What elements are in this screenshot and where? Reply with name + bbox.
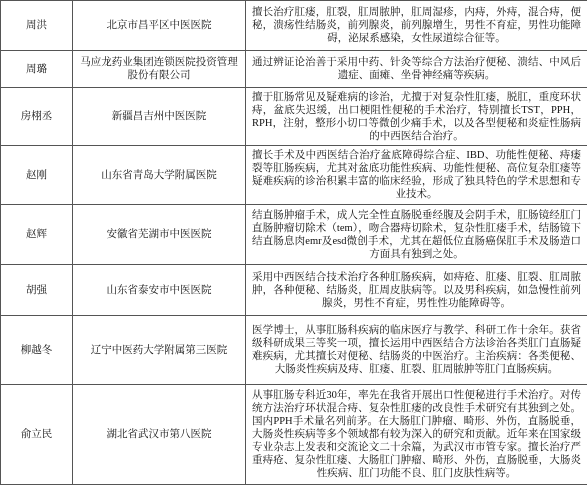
expert-description: 擅长手术及中西医结合治疗盆底障碍综合症、IBD、功能性便秘、痔瘘裂等肛肠疾病，尤… — [246, 146, 587, 205]
hospital-name: 安徽省芜湖市中医医院 — [73, 205, 246, 265]
expert-name: 胡强 — [1, 265, 73, 316]
table-row: 赵刚 山东省青岛大学附属医院 擅长手术及中西医结合治疗盆底障碍综合症、IBD、功… — [1, 146, 587, 205]
expert-description: 结直肠肿瘤手术，成人完全性直肠脱垂经腹及会阴手术，肛肠镜经肛门直肠肿瘤切除术（t… — [246, 205, 587, 265]
hospital-name: 北京市昌平区中医医院 — [73, 1, 246, 51]
expert-name: 柳越冬 — [1, 316, 73, 385]
expert-name: 周洪 — [1, 1, 73, 51]
table-row: 周璐 马应龙药业集团连锁医院投资管理股份有限公司 通过辨证论治善于采用中药、针灸… — [1, 51, 587, 88]
expert-name: 房栩丞 — [1, 88, 73, 146]
expert-description: 擅于肛肠常见及疑难病的诊治，尤擅于对复杂性肛瘘，脱肛，重度环状痔，盆底失迟缓，出… — [246, 88, 587, 146]
expert-name: 赵辉 — [1, 205, 73, 265]
hospital-name: 山东省泰安市中医医院 — [73, 265, 246, 316]
hospital-name: 新疆昌吉州中医医院 — [73, 88, 246, 146]
hospital-name: 湖北省武汉市第八医院 — [73, 385, 246, 485]
expert-description: 通过辨证论治善于采用中药、针灸等综合方法治疗便秘、溃结、中风后遗症、面瘫、坐骨神… — [246, 51, 587, 88]
table-row: 周洪 北京市昌平区中医医院 擅长治疗肛瘘，肛裂，肛周脓肿，肛周湿疹，内痔，外痔，… — [1, 1, 587, 51]
expert-description: 采用中西医结合技术治疗各种肛肠疾病，如痔疮、肛瘘、肛裂、肛周脓肿，各种便秘、结肠… — [246, 265, 587, 316]
hospital-name: 辽宁中医药大学附属第三医院 — [73, 316, 246, 385]
hospital-name: 马应龙药业集团连锁医院投资管理股份有限公司 — [73, 51, 246, 88]
expert-description: 擅长治疗肛瘘，肛裂，肛周脓肿，肛周湿疹，内痔，外痔，混合痔，便秘，溃疡性结肠炎，… — [246, 1, 587, 51]
experts-table: 周洪 北京市昌平区中医医院 擅长治疗肛瘘，肛裂，肛周脓肿，肛周湿疹，内痔，外痔，… — [0, 0, 587, 485]
table-row: 赵辉 安徽省芜湖市中医医院 结直肠肿瘤手术，成人完全性直肠脱垂经腹及会阴手术，肛… — [1, 205, 587, 265]
expert-name: 赵刚 — [1, 146, 73, 205]
table-row: 房栩丞 新疆昌吉州中医医院 擅于肛肠常见及疑难病的诊治，尤擅于对复杂性肛瘘，脱肛… — [1, 88, 587, 146]
hospital-name: 山东省青岛大学附属医院 — [73, 146, 246, 205]
table-row: 俞立民 湖北省武汉市第八医院 从事肛肠专科近30年，率先在我省开展出口性便秘进行… — [1, 385, 587, 485]
expert-description: 从事肛肠专科近30年，率先在我省开展出口性便秘进行手术治疗。对传统方法治疗环状混… — [246, 385, 587, 485]
expert-description: 医学博士，从事肛肠科疾病的临床医疗与教学、科研工作十余年。获省级科研成果三等奖一… — [246, 316, 587, 385]
table-row: 柳越冬 辽宁中医药大学附属第三医院 医学博士，从事肛肠科疾病的临床医疗与教学、科… — [1, 316, 587, 385]
table-row: 胡强 山东省泰安市中医医院 采用中西医结合技术治疗各种肛肠疾病，如痔疮、肛瘘、肛… — [1, 265, 587, 316]
expert-name: 周璐 — [1, 51, 73, 88]
expert-name: 俞立民 — [1, 385, 73, 485]
